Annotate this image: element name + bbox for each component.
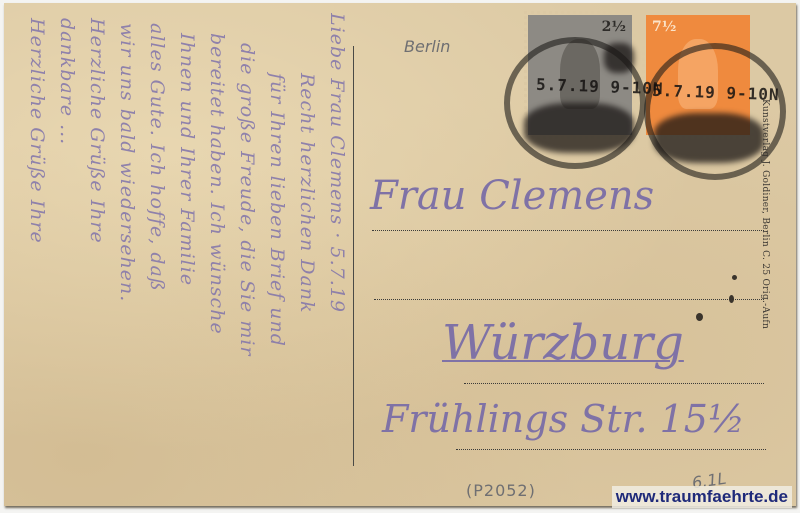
message-line: Liebe Frau Clemens · 5.7.19 [326, 13, 348, 313]
message-line: Recht herzlichen Dank [296, 73, 318, 314]
paper-speck [732, 275, 737, 280]
ink-smudge [654, 113, 764, 163]
paper-speck [696, 313, 703, 321]
message-line: bereitet haben. Ich wünsche [206, 33, 228, 335]
message-line: die große Freude, die Sie mir [236, 43, 258, 357]
message-line: alles Gute. Ich hoffe, daß [146, 23, 168, 292]
postcard-back: Liebe Frau Clemens · 5.7.19 Recht herzli… [4, 3, 796, 506]
address-city: Würzburg [442, 315, 684, 371]
publisher-imprint: Kunstverlag J. Goldiner, Berlin C. 25 Or… [760, 99, 770, 329]
stamp-value: 2½ [602, 19, 626, 35]
message-line: dankbare ... [56, 18, 78, 145]
message-line: Herzliche Grüße Ihre [26, 18, 48, 244]
message-line: für Ihren lieben Brief und [266, 73, 288, 347]
address-line-2 [374, 299, 764, 300]
pencil-note-berlin: Berlin [404, 37, 450, 56]
address-line-1 [372, 230, 764, 231]
stamp-value: 7½ [652, 19, 676, 35]
ink-smudge [524, 103, 634, 153]
address-line-3 [464, 383, 764, 384]
pencil-note-inventory: (P2052) [466, 481, 536, 500]
paper-speck [729, 295, 734, 303]
address-line-4 [456, 449, 766, 450]
watermark-url[interactable]: www.traumfaehrte.de [612, 486, 792, 508]
ink-smudge [604, 43, 634, 73]
address-street: Frühlings Str. 15½ [382, 397, 745, 441]
address-recipient: Frau Clemens [370, 173, 654, 219]
message-line: wir uns bald wiedersehen. [116, 23, 138, 302]
message-line: Ihnen und Ihrer Familie [176, 33, 198, 286]
message-line: Herzliche Grüße Ihre [86, 18, 108, 244]
handwritten-message: Liebe Frau Clemens · 5.7.19 Recht herzli… [12, 13, 352, 503]
vertical-divider-line [353, 46, 354, 466]
